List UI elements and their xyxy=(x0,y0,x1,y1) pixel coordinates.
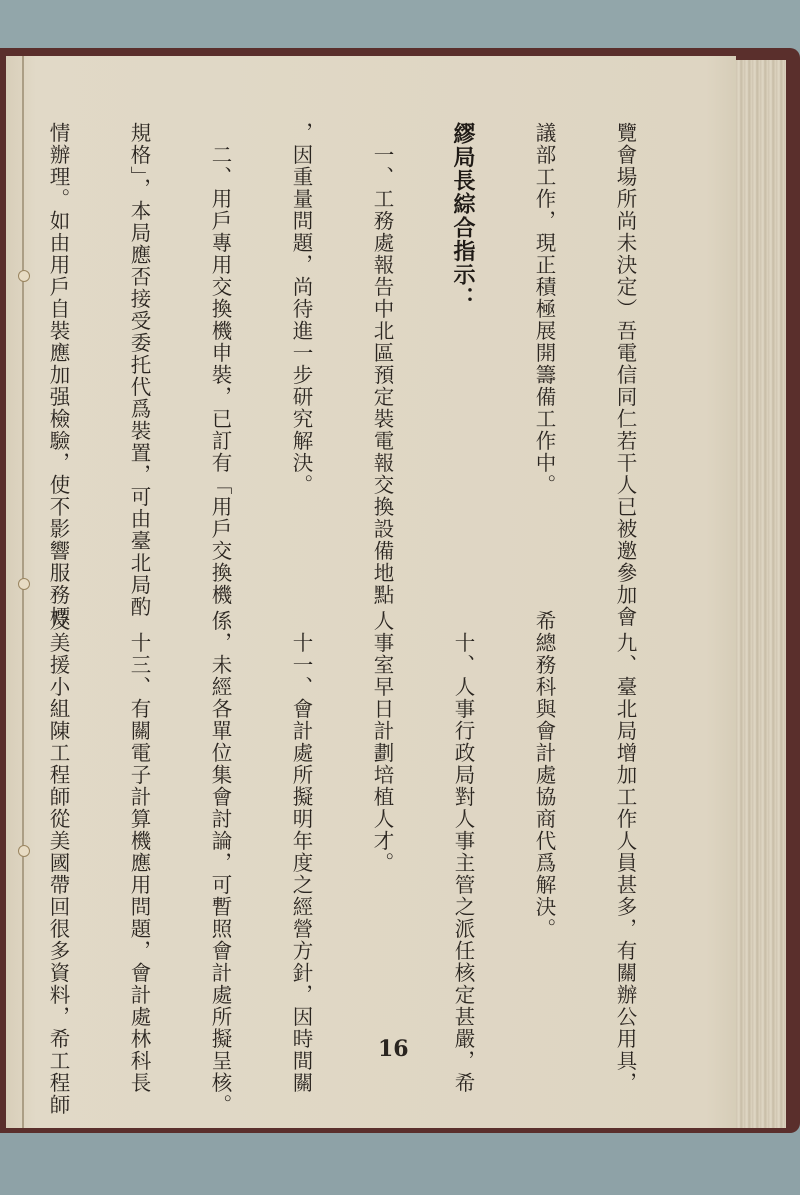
text-column: 二、用戶專用交換機申裝，已訂有「用戶交換機 xyxy=(206,122,233,582)
text-column: ，因重量問題，尚待進一步研究解決。 xyxy=(287,122,314,582)
page-number: 16 xyxy=(378,1036,409,1062)
text-column: 覽會場所尚未決定）吾電信同仁若干人已被邀參加會 xyxy=(611,122,638,582)
bottom-text-block: 九、臺北局增加工作人員甚多，有關辦公用具， 希總務科與會計處協商代爲解決。 十、… xyxy=(0,610,692,1030)
text-column: 十一、會計處所擬明年度之經營方針，因時間關 xyxy=(287,610,314,1030)
text-column: 係，未經各單位集會討論，可暫照會計處所擬呈核。 xyxy=(206,610,233,1030)
text-column: 九、臺北局增加工作人員甚多，有關辦公用具， xyxy=(611,610,638,1030)
top-text-block: 覽會場所尚未決定）吾電信同仁若干人已被邀參加會 議部工作，現正積極展開籌備工作中… xyxy=(0,122,692,582)
backdrop-bottom xyxy=(0,1130,800,1195)
text-column: 議部工作，現正積極展開籌備工作中。 xyxy=(530,122,557,582)
text-column: 希總務科與會計處協商代爲解決。 xyxy=(530,610,557,1030)
text-column: 規格」，本局應否接受委托代爲裝置，可由臺北局酌 xyxy=(125,122,152,582)
text-column: 情辦理。如由用戶自裝應加强檢驗，使不影響服務標 xyxy=(44,122,71,582)
text-column: 十三、有關電子計算機應用問題，會計處林科長 xyxy=(125,610,152,1030)
text-column: 人事室早日計劃培植人才。 xyxy=(368,610,395,1030)
page-edges xyxy=(736,60,786,1128)
section-heading: 繆局長綜合指示： xyxy=(449,122,476,582)
backdrop-top xyxy=(0,0,800,55)
text-column: 及美援小組陳工程師從美國帶回很多資料，希工程師 xyxy=(44,610,71,1030)
text-column: 十、人事行政局對人事主管之派任核定甚嚴，希 xyxy=(449,610,476,1030)
text-column: 一、工務處報告中北區預定裝電報交換設備地點 xyxy=(368,122,395,582)
